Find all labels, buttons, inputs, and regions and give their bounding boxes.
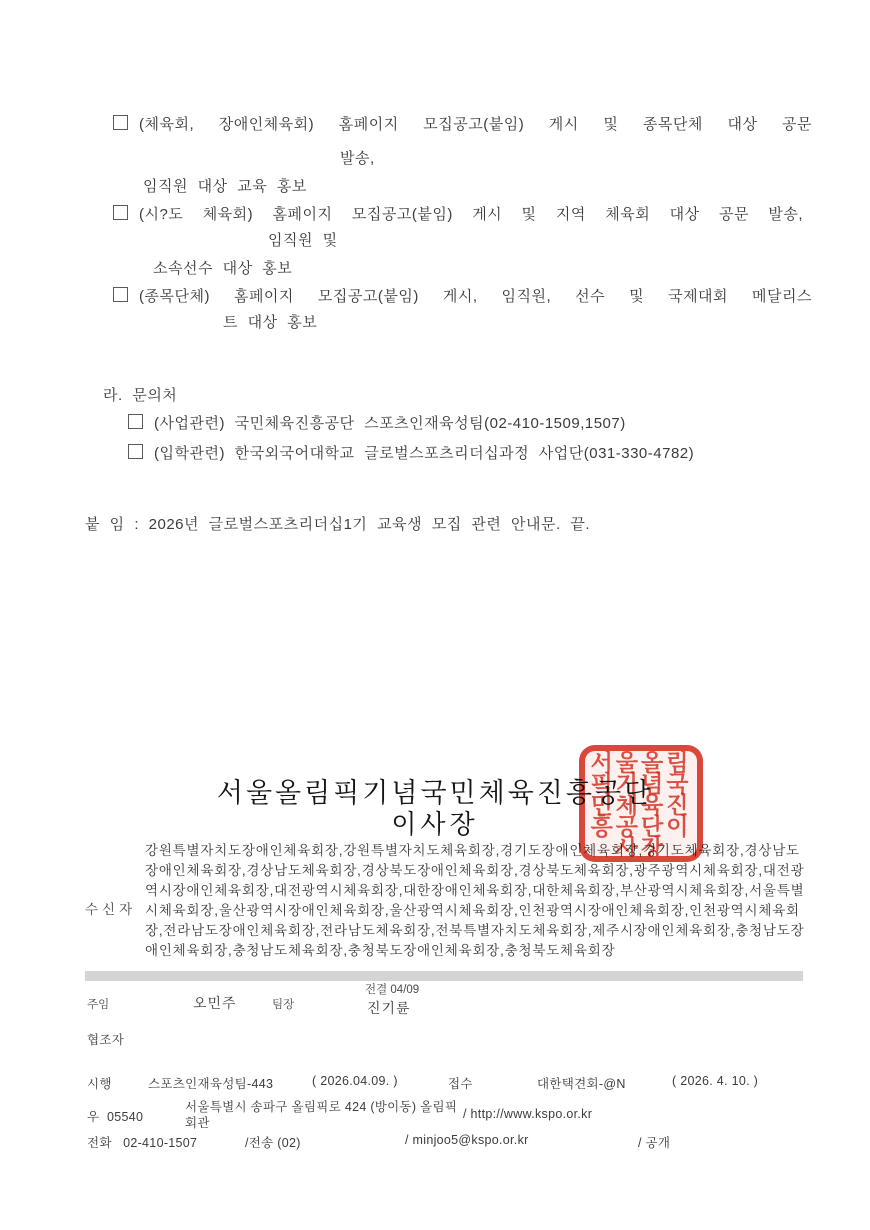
disclosure-status: / 공개 [638, 1133, 670, 1151]
tel-number: 02-410-1507 [123, 1136, 197, 1150]
website-link[interactable]: / http://www.kspo.or.kr [463, 1107, 592, 1121]
inquiry-item-1-text: (사업관련) 국민체육진흥공단 스포츠인재육성팀(02-410-1509,150… [154, 415, 626, 432]
tel-block: 전화 02-410-1507 [87, 1133, 197, 1151]
enforce-date: ( 2026.04.09. ) [312, 1074, 398, 1088]
approver-name-1: 오민주 [193, 993, 237, 1013]
official-document-page: (체육회, 장애인체육회) 홈페이지 모집공고(붙임) 게시 및 종목단체 대상… [0, 0, 870, 1230]
official-seal-text: 서울올림픽기념국민체육진흥공단이사장 [585, 750, 697, 857]
attachment-note: 붙 임 : 2026년 글로벌스포츠리더십1기 교육생 모집 관련 안내문. 끝… [85, 513, 590, 534]
empty-checkbox-icon [113, 205, 128, 220]
zip-label: 우 [87, 1110, 99, 1124]
recipients-list: 강원특별자치도장애인체육회장,강원특별자치도체육회장,경기도장애인체육회장,경기… [145, 841, 807, 961]
issuer-role: 이사장 [0, 809, 870, 839]
promo-item-2-line-2: 임직원 및 [268, 229, 338, 250]
promo-item-2-line-1: (시?도 체육회) 홈페이지 모집공고(붙임) 게시 및 지역 체육회 대상 공… [113, 203, 803, 224]
promo-item-1-text: (체육회, 장애인체육회) 홈페이지 모집공고(붙임) 게시 및 종목단체 대상… [139, 113, 812, 134]
receipt-no: 대한택견회-@N [537, 1074, 626, 1092]
tel-label: 전화 [87, 1136, 112, 1150]
promo-item-2-text: (시?도 체육회) 홈페이지 모집공고(붙임) 게시 및 지역 체육회 대상 공… [139, 203, 803, 224]
recipients-label: 수신자 [85, 898, 136, 918]
address-line-2: 회관 [185, 1116, 210, 1131]
empty-checkbox-icon [128, 444, 143, 459]
fax-number: /전송 (02) [245, 1133, 301, 1151]
section-divider-band [85, 971, 803, 981]
promo-item-3-text: (종목단체) 홈페이지 모집공고(붙임) 게시, 임직원, 선수 및 국제대회 … [139, 285, 812, 306]
promo-item-1-line-1: (체육회, 장애인체육회) 홈페이지 모집공고(붙임) 게시 및 종목단체 대상… [113, 113, 812, 134]
empty-checkbox-icon [128, 414, 143, 429]
promo-item-3-line-2: 트 대상 홍보 [223, 311, 317, 332]
empty-checkbox-icon [113, 115, 128, 130]
decision-signer-name: 진기륜 [367, 998, 411, 1018]
empty-checkbox-icon [113, 287, 128, 302]
approver-role-2: 팀장 [272, 996, 294, 1012]
promo-item-1-line-3: 임직원 대상 교육 홍보 [143, 175, 307, 196]
enforce-label: 시행 [87, 1074, 112, 1092]
promo-item-2-line-3: 소속선수 대상 홍보 [153, 257, 292, 278]
address-line-1: 서울특별시 송파구 올림픽로 424 (방이동) 올림픽 [185, 1100, 457, 1115]
promo-item-1-line-2: 발송, [340, 147, 375, 168]
promo-item-3-line-1: (종목단체) 홈페이지 모집공고(붙임) 게시, 임직원, 선수 및 국제대회 … [113, 285, 812, 306]
decision-note: 전결 04/09 [365, 981, 419, 997]
zip-code: 05540 [107, 1110, 143, 1124]
enforce-doc-no: 스포츠인재육성팀-443 [148, 1074, 273, 1092]
inquiry-heading: 라. 문의처 [103, 384, 177, 405]
issuer-org-name: 서울올림픽기념국민체육진흥공단 [0, 778, 870, 809]
issuer-title-block: 서울올림픽기념국민체육진흥공단 이사장 [0, 778, 870, 839]
email-address[interactable]: / minjoo5@kspo.or.kr [405, 1133, 529, 1147]
zip-block: 우 05540 [87, 1107, 143, 1125]
receipt-label: 접수 [448, 1074, 473, 1092]
inquiry-item-1: (사업관련) 국민체육진흥공단 스포츠인재육성팀(02-410-1509,150… [128, 412, 626, 433]
approver-role-1: 주임 [87, 996, 109, 1012]
official-seal-stamp: 서울올림픽기념국민체육진흥공단이사장 [579, 745, 703, 862]
inquiry-item-2-text: (입학관련) 한국외국어대학교 글로벌스포츠리더십과정 사업단(031-330-… [154, 445, 694, 462]
receipt-date: ( 2026. 4. 10. ) [672, 1074, 758, 1088]
cooperator-label: 협조자 [87, 1030, 124, 1048]
inquiry-item-2: (입학관련) 한국외국어대학교 글로벌스포츠리더십과정 사업단(031-330-… [128, 442, 694, 463]
